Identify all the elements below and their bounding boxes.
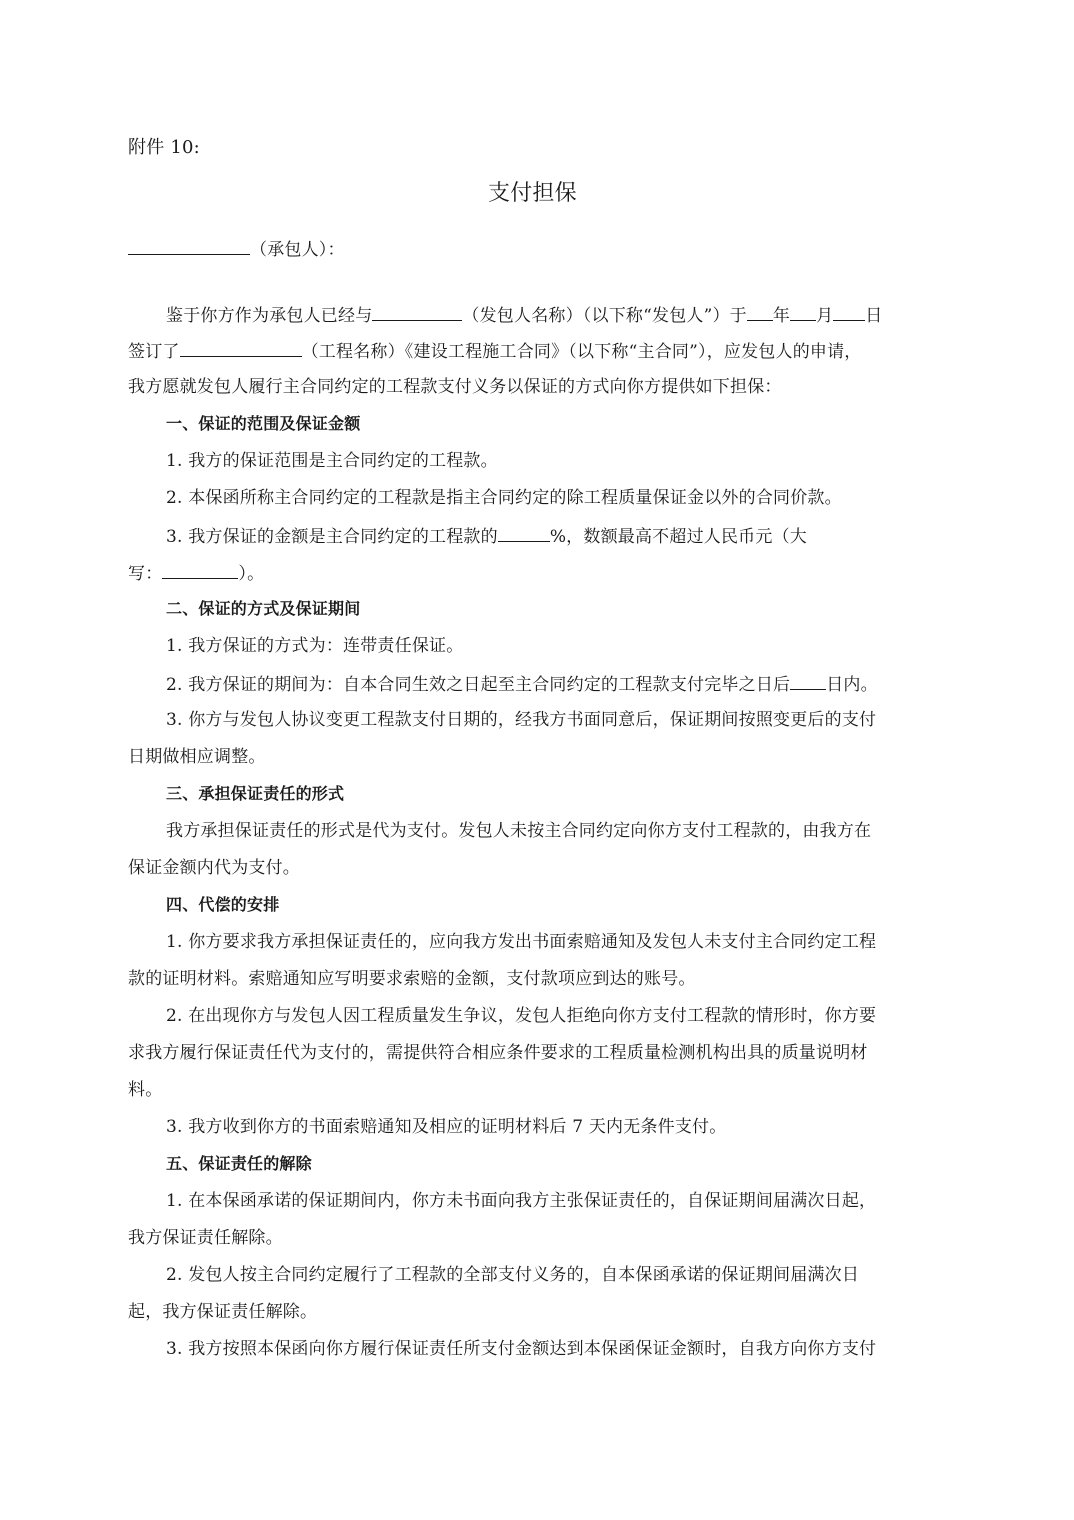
text: 3. 我方保证的金额是主合同约定的工程款的 (166, 527, 498, 547)
section-1-item-2: 2. 本保函所称主合同约定的工程款是指主合同约定的除工程质量保证金以外的合同价款… (166, 486, 842, 510)
section-1-item-3-cont: 写：）。 (128, 560, 264, 586)
section-2-item-3: 3. 你方与发包人协议变更工程款支付日期的，经我方书面同意后，保证期间按照变更后… (166, 708, 876, 732)
text: 年 (773, 306, 790, 326)
contractor-name-blank[interactable] (128, 236, 250, 255)
year-blank[interactable] (747, 302, 773, 321)
employer-name-blank[interactable] (372, 302, 462, 321)
section-5-item-1-cont: 我方保证责任解除。 (128, 1226, 283, 1250)
section-3-para: 我方承担保证责任的形式是代为支付。发包人未按主合同约定向你方支付工程款的，由我方… (166, 819, 871, 843)
section-4-item-1: 1. 你方要求我方承担保证责任的，应向我方发出书面索赔通知及发包人未支付主合同约… (166, 930, 876, 954)
addressee-suffix: （承包人）： (250, 240, 345, 260)
text: 鉴于你方作为承包人已经与 (166, 306, 372, 326)
project-name-blank[interactable] (180, 338, 302, 357)
text: 写： (128, 564, 162, 584)
days-blank[interactable] (790, 671, 826, 690)
section-4-item-3: 3. 我方收到你方的书面索赔通知及相应的证明材料后 7 天内无条件支付。 (166, 1115, 726, 1139)
section-2-item-3-cont: 日期做相应调整。 (128, 745, 266, 769)
section-3-heading: 三、承担保证责任的形式 (166, 782, 344, 806)
text: ）。 (238, 564, 264, 584)
intro-line-2: 签订了（工程名称）《建设工程施工合同》（以下称“主合同”），应发包人的申请， (128, 338, 862, 364)
text: （发包人名称）（以下称“发包人”）于 (462, 306, 746, 326)
section-4-heading: 四、代偿的安排 (166, 893, 279, 917)
section-5-item-2: 2. 发包人按主合同约定履行了工程款的全部支付义务的，自本保函承诺的保证期间届满… (166, 1263, 859, 1287)
section-1-item-3: 3. 我方保证的金额是主合同约定的工程款的%，数额最高不超过人民币元（大 (166, 523, 807, 549)
day-blank[interactable] (833, 302, 865, 321)
section-5-item-3: 3. 我方按照本保函向你方履行保证责任所支付金额达到本保函保证金额时，自我方向你… (166, 1337, 876, 1361)
section-4-item-2-cont: 求我方履行保证责任代为支付的，需提供符合相应条件要求的工程质量检测机构出具的质量… (128, 1041, 868, 1065)
amount-uppercase-blank[interactable] (162, 560, 238, 579)
section-2-item-2: 2. 我方保证的期间为：自本合同生效之日起至主合同约定的工程款支付完毕之日后日内… (166, 671, 878, 697)
section-4-item-1-cont: 款的证明材料。索赔通知应写明要求索赔的金额，支付款项应到达的账号。 (128, 967, 696, 991)
section-1-item-1: 1. 我方的保证范围是主合同约定的工程款。 (166, 449, 498, 473)
month-blank[interactable] (790, 302, 816, 321)
section-5-item-2-cont: 起，我方保证责任解除。 (128, 1300, 317, 1324)
text: 2. 我方保证的期间为：自本合同生效之日起至主合同约定的工程款支付完毕之日后 (166, 675, 790, 695)
section-5-item-1: 1. 在本保函承诺的保证期间内，你方未书面向我方主张保证责任的，自保证期间届满次… (166, 1189, 876, 1213)
text: %，数额最高不超过人民币元（大 (550, 527, 807, 547)
section-2-heading: 二、保证的方式及保证期间 (166, 597, 360, 621)
section-4-item-2-cont2: 料。 (128, 1078, 162, 1102)
section-2-item-1: 1. 我方保证的方式为：连带责任保证。 (166, 634, 463, 658)
section-5-heading: 五、保证责任的解除 (166, 1152, 312, 1176)
text: 签订了 (128, 342, 180, 362)
section-3-para-cont: 保证金额内代为支付。 (128, 856, 300, 880)
section-1-heading: 一、保证的范围及保证金额 (166, 412, 360, 436)
addressee-line: （承包人）： (128, 236, 345, 262)
text: 日 (865, 306, 882, 326)
text: （工程名称）《建设工程施工合同》（以下称“主合同”），应发包人的申请， (302, 342, 862, 362)
percent-blank[interactable] (498, 523, 550, 542)
text: 月 (816, 306, 833, 326)
attachment-label: 附件 10: (128, 136, 200, 160)
text: 日内。 (826, 675, 878, 695)
intro-line-3: 我方愿就发包人履行主合同约定的工程款支付义务以保证的方式向你方提供如下担保： (128, 375, 782, 399)
section-4-item-2: 2. 在出现你方与发包人因工程质量发生争议，发包人拒绝向你方支付工程款的情形时，… (166, 1004, 876, 1028)
intro-line-1: 鉴于你方作为承包人已经与（发包人名称）（以下称“发包人”）于年月日 (166, 302, 883, 328)
document-title: 支付担保 (488, 182, 577, 206)
